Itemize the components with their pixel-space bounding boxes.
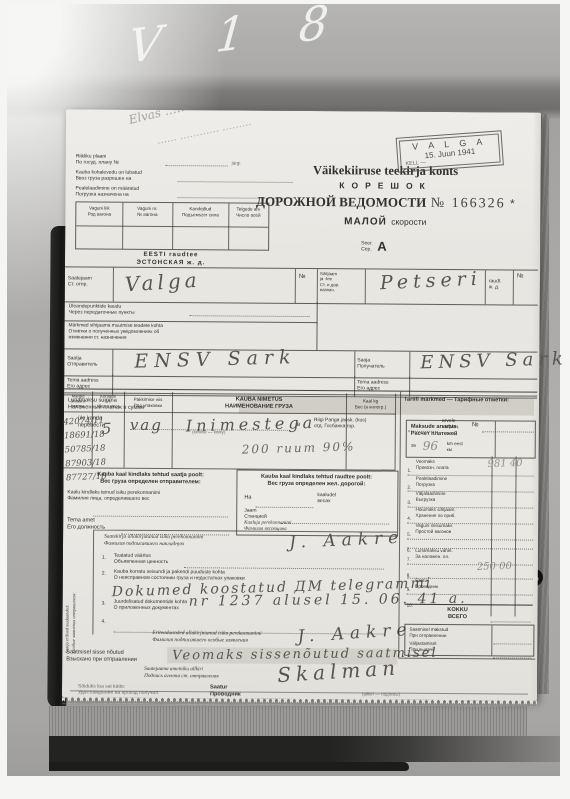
wagon-col-type: Vaguni liik Род вагона	[76, 205, 122, 217]
goods-count-value: 5	[102, 420, 112, 438]
from-no-label: №	[299, 273, 306, 281]
doc-number: № 166326	[431, 196, 506, 212]
series-label: Seer. Сер.	[361, 240, 373, 253]
weigher-name-label: Kaalu kindlaks teinud isiku perekonnanim…	[67, 489, 227, 503]
payments-left-border	[398, 392, 401, 658]
payments-calc-box: Maksude arvutus Расчет платежей за 96 km…	[406, 420, 536, 459]
doc-title-vedomost: ДОРОЖНОЙ ВЕДОМОСТИ	[256, 194, 426, 210]
station-row: Saatejaam Ст. отпр. Valga № Sihtjaam ja …	[65, 266, 538, 305]
doc-title-speed-normal: скорости	[391, 217, 426, 227]
series-value: A	[377, 239, 386, 254]
wagon-col-capacity: Kandejõud Подъемszer сила	[172, 206, 228, 218]
on-scales-post: kaaludel весах	[317, 492, 357, 505]
paid-at-dispatch-label: Saatmisel makstud При отправлении	[409, 627, 489, 639]
payments-km-hand: 96	[423, 439, 438, 453]
rail-station-label: Jaam Станцией	[244, 508, 278, 521]
to-station-value: Petseri	[379, 268, 482, 295]
notes-label: Märkmed sihtjaama muutmise teadete kohta…	[68, 323, 298, 343]
declarations-box: Saatekirja allakirjutanud isiku perekonn…	[92, 530, 397, 637]
from-station-value: Valga	[124, 268, 201, 297]
bottom-dark-band	[49, 736, 560, 762]
doc-title-koreshok: КОРЕШОК	[236, 180, 536, 192]
item4-no: 4.	[101, 619, 105, 625]
waybill-document: Elvas …… …… ………… ……… Riikliku plaani По …	[62, 109, 541, 700]
payments-km-label: km eest км	[447, 441, 477, 453]
plan-line3: Pealelaadimine on määratud Погрузка назн…	[75, 185, 185, 198]
collected-label: Saatmisel sisse nõutud Взыскано при отпр…	[66, 649, 176, 664]
pencil-note-line2: …… ………… ………	[156, 117, 253, 147]
receiver-value: ENSV Sark	[420, 348, 568, 373]
payments-paid-box: Saatmisel makstud При отправлении Väljas…	[404, 624, 534, 657]
plan-line2: Kauba kohalevedu on lubatud Ввоз груза р…	[76, 169, 186, 182]
weight-by-sender-label: Kauba kaal kindlaks tehtud saatja poolt:…	[65, 471, 235, 486]
item3-no: 3.	[102, 601, 106, 607]
payments-total-label: KOKKU ВСЕГО	[432, 607, 482, 621]
tariff-notes-header: Tariifi märkmed — Тарифные отметки:	[404, 397, 534, 405]
doc-title-speed-bold: МАЛОЙ	[344, 216, 387, 227]
waybill-signer-label: Saatekirja allakirjutanud isiku perekonn…	[104, 534, 294, 549]
goods-col-packing: Pakkimise viis Род упаковки	[124, 397, 172, 409]
item1-no: 1.	[102, 555, 106, 561]
wagon-col-number: Vaguni nr. № вагона	[122, 206, 172, 218]
goods-col-marks: Märgid Знаки и марки	[64, 393, 92, 408]
to-road-label: raudt. ж. д.	[489, 278, 502, 291]
goods-col-weight: Kaal kg Вес (в килогр.)	[346, 398, 395, 410]
to-station-label: Sihtjaam ja -tee Ст. и дор. назнач.	[320, 271, 364, 292]
goods-packing-value: vag	[130, 416, 163, 434]
via-label: Üleandepunktide kaudu Через передаточные…	[69, 303, 189, 316]
from-station-label: Saatejaam Ст. отпр.	[68, 275, 112, 288]
doc-title-speed: МАЛОЙ скорости	[235, 211, 535, 231]
payments-total-row: KOKKU ВСЕГО	[404, 604, 532, 624]
plan-line1: Riikliku plaani По госуд. плану №	[76, 153, 171, 166]
weight-by-rail-box: Kauba kaal kindlaks tehtud raudtee poolt…	[236, 470, 398, 537]
doc-title-vedomost-line: ДОРОЖНОЙ ВЕДОМОСТИ № 166326 *	[225, 192, 545, 212]
doc-number-star: *	[510, 196, 515, 210]
agent-signature-label: Saatejaama ametniku allkiri Подпись аген…	[144, 666, 294, 681]
receiver-label: Saaja Получатель	[357, 357, 407, 370]
plan-line1-rule	[166, 157, 228, 166]
bottom-hatch-band	[49, 706, 527, 736]
payments-calc-label: Maksude arvutus Расчет платежей	[411, 424, 495, 439]
sender-value: ENSV Sark	[134, 346, 297, 373]
series-block: Seer. Сер. A	[361, 237, 387, 255]
paid-at-delivery-label: Väljastamisel При выдаче	[409, 641, 489, 653]
bottom-thin-bar	[49, 762, 409, 771]
sender-label: Saatja Отправитель	[67, 355, 111, 368]
weight-by-rail-label: Kauba kaal kindlaks tehtud raudtee poolt…	[240, 474, 392, 489]
payments-za: за	[411, 443, 416, 449]
railway-name: EESTI raudtee ЭСТОНСКАЯ ж. д.	[75, 250, 267, 267]
goods-col-pieces: Kohtade arv Число мест	[92, 394, 124, 409]
goods-col-name: KAUBA NIMETUS НАИМЕНОВАНИЕ ГРУЗА	[172, 396, 346, 411]
on-scales-pre: Ha	[244, 495, 251, 502]
goods-name-value: Inimestega	[186, 413, 317, 436]
signature-1: J. Aakre	[289, 528, 405, 553]
to-no-label: №	[517, 273, 524, 281]
special-vertical-label: Saatja erilised teadaanded: Особые заявл…	[64, 533, 79, 653]
item2-no: 2.	[102, 571, 106, 577]
